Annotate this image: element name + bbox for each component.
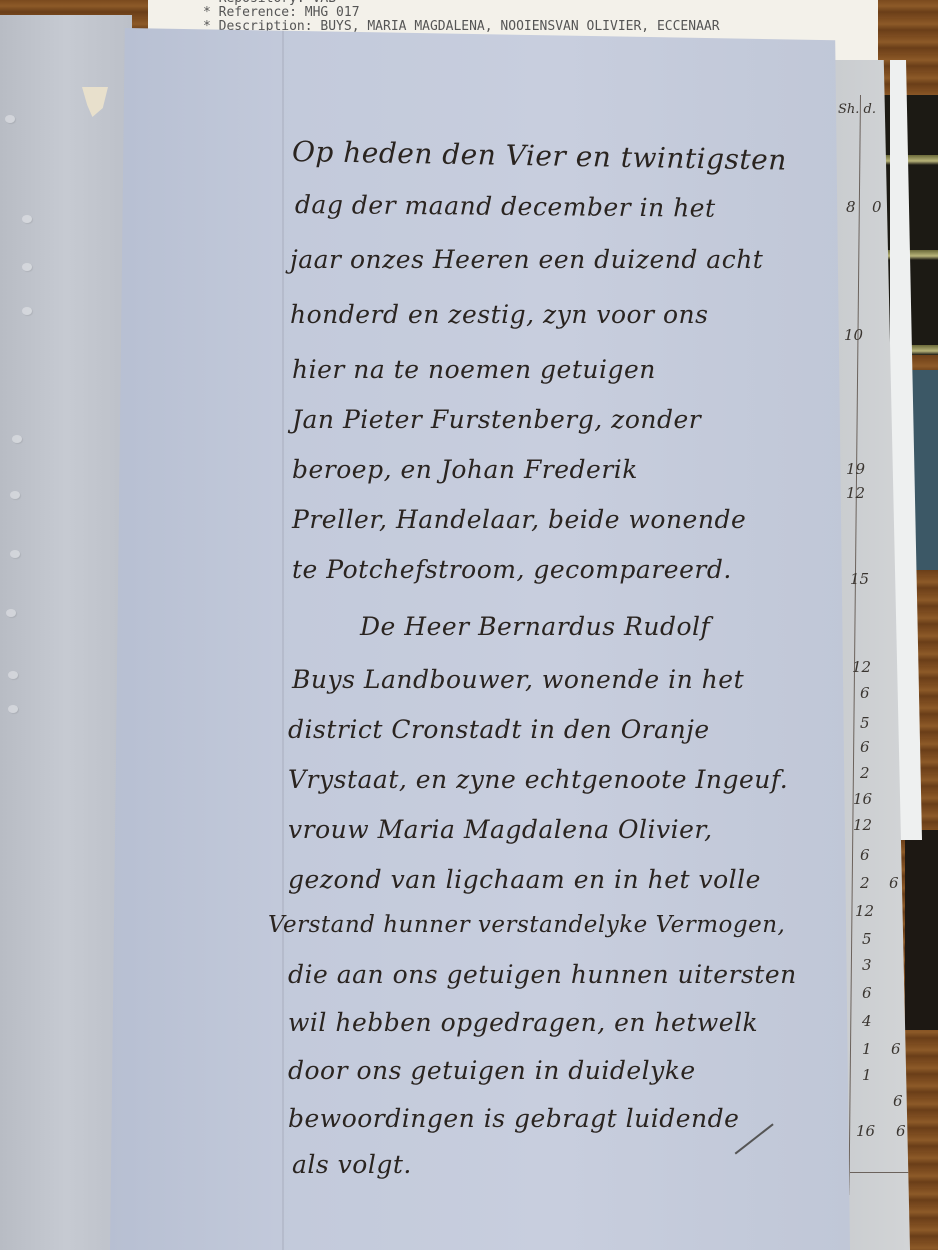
embossed-mark [22,263,32,271]
embossed-mark [6,609,16,617]
document-line: dag der maand december in het [295,190,716,223]
ledger-shillings: 8 [846,198,856,216]
embossed-mark [10,550,20,558]
ledger-shillings: 12 [855,902,874,920]
ledger-pence: 6 [889,874,899,892]
embossed-mark [10,491,20,499]
paper-tear [82,87,108,117]
ledger-total-shillings: 16 [856,1122,875,1140]
document-line: Buys Landbouwer, wonende in het [292,665,744,694]
ledger-shillings: 19 [846,460,865,478]
ledger-pence: 6 [893,1092,903,1110]
ledger-shillings: 5 [862,930,872,948]
document-line: beroep, en Johan Frederik [292,455,638,484]
document-line: jaar onzes Heeren een duizend acht [290,245,763,274]
label-reference: * Reference: MHG 017 [203,6,878,20]
ledger-total-rule [850,1172,912,1173]
document-line: honderd en zestig, zyn voor ons [290,300,708,329]
document-line: Jan Pieter Furstenberg, zonder [292,405,701,434]
embossed-mark [8,671,18,679]
ledger-shillings: 15 [850,570,869,588]
document-line: gezond van ligchaam en in het volle [288,865,761,894]
document-line: hier na te noemen getuigen [292,355,656,384]
ledger-shillings: 1 [862,1066,872,1084]
ledger-column-divider [848,95,861,1195]
document-line: district Cronstadt in den Oranje [288,715,710,744]
left-folded-page [0,15,132,1250]
ledger-pence: 0 [872,198,882,216]
ledger-header: Sh. d. [838,102,876,117]
ledger-shillings: 6 [860,684,870,702]
document-line: Vrystaat, en zyne echtgenoote Ingeuf. [288,765,788,794]
ledger-shillings: 12 [853,816,872,834]
ledger-shillings: 10 [844,326,863,344]
document-line: Preller, Handelaar, beide wonende [292,505,746,534]
ledger-shillings: 5 [860,714,870,732]
ledger-shillings: 16 [853,790,872,808]
ledger-shillings: 6 [862,984,872,1002]
embossed-mark [12,435,22,443]
embossed-mark [22,307,32,315]
embossed-mark [5,115,15,123]
ledger-shillings: 4 [862,1012,872,1030]
embossed-mark [22,215,32,223]
document-line: bewoordingen is gebragt luidende [288,1104,739,1133]
ledger-shillings: 3 [862,956,872,974]
background-shadow [905,830,938,1030]
ledger-shillings: 6 [860,738,870,756]
embossed-mark [8,705,18,713]
ledger-total-pence: 6 [896,1122,906,1140]
document-line: Verstand hunner verstandelyke Vermogen, [268,912,785,938]
ledger-pence: 6 [891,1040,901,1058]
document-line: te Potchefstroom, gecompareerd. [292,555,732,584]
ledger-shillings: 12 [852,658,871,676]
ledger-shillings: 2 [860,764,870,782]
document-line: wil hebben opgedragen, en hetwelk [288,1008,758,1037]
document-line: die aan ons getuigen hunnen uitersten [288,960,797,989]
ledger-shillings: 6 [860,846,870,864]
ledger-shillings: 12 [846,484,865,502]
ledger-shillings: 1 [862,1040,872,1058]
document-line: vrouw Maria Magdalena Olivier, [288,815,713,844]
ledger-shillings: 2 [860,874,870,892]
document-line: De Heer Bernardus Rudolf [360,612,710,641]
document-line: als volgt. [292,1150,412,1179]
document-line: door ons getuigen in duidelyke [288,1056,696,1085]
fold-crease [282,28,284,1250]
